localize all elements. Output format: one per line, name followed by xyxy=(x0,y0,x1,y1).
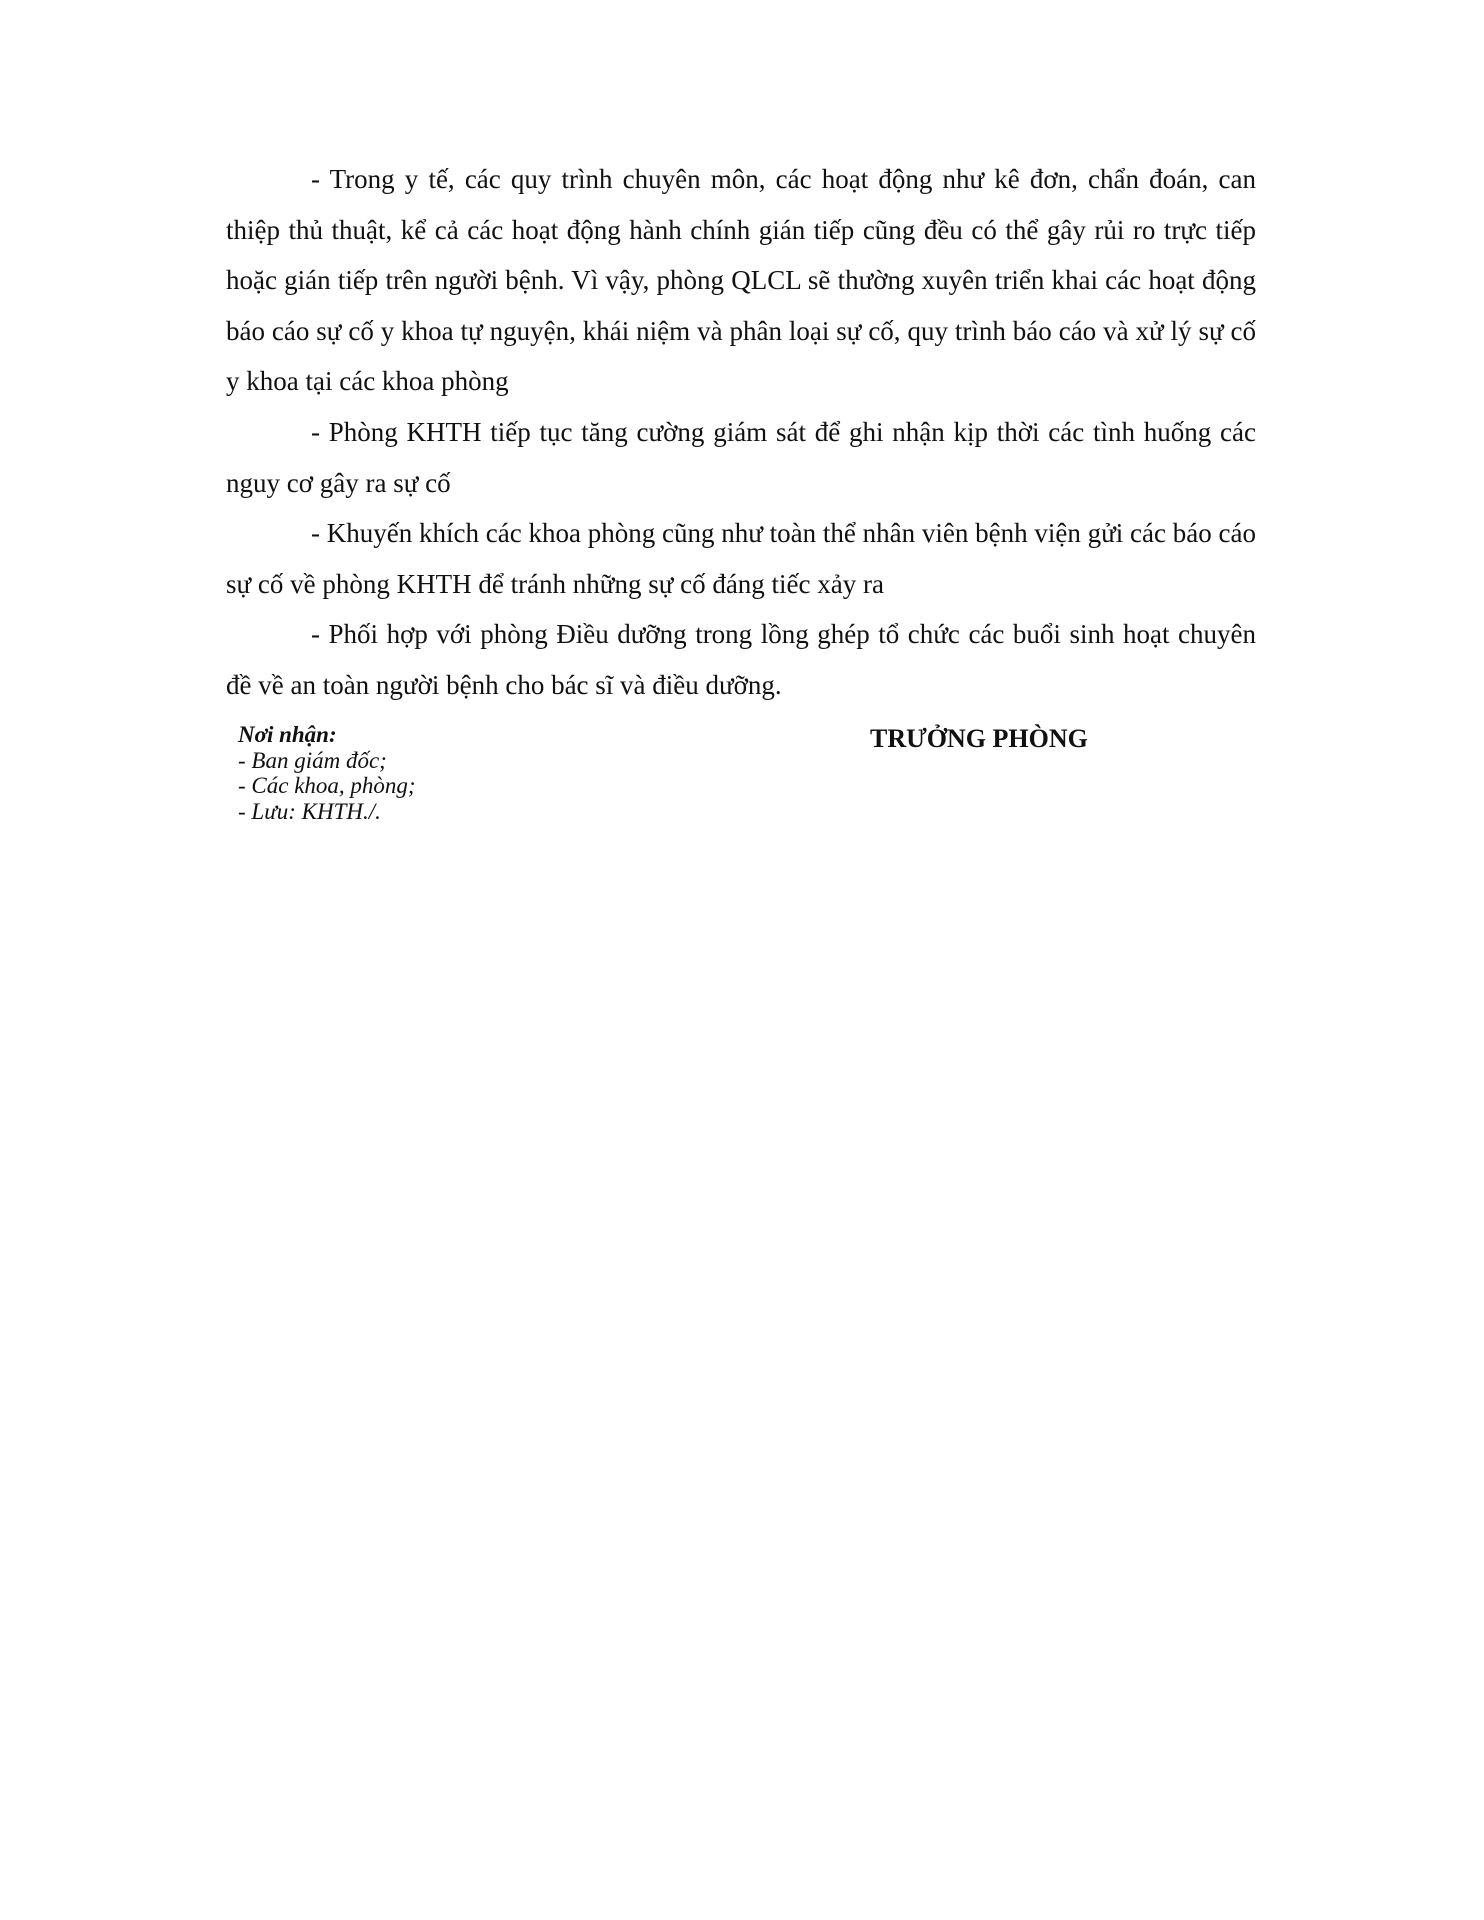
paragraph-encourage-reporting: - Khuyến khích các khoa phòng cũng như t… xyxy=(226,508,1256,609)
paragraph-monitoring: - Phòng KHTH tiếp tục tăng cường giám sá… xyxy=(226,407,1256,508)
recipient-item: - Các khoa, phòng; xyxy=(238,773,416,799)
recipient-item: - Ban giám đốc; xyxy=(238,748,416,774)
body-text: - Trong y tế, các quy trình chuyên môn, … xyxy=(226,154,1256,711)
recipients-block: Nơi nhận: - Ban giám đốc; - Các khoa, ph… xyxy=(238,722,416,824)
document-page: - Trong y tế, các quy trình chuyên môn, … xyxy=(0,0,1484,1920)
signature-title: TRƯỞNG PHÒNG xyxy=(870,724,1088,754)
recipient-item: - Lưu: KHTH./. xyxy=(238,799,416,825)
paragraph-risk-reporting: - Trong y tế, các quy trình chuyên môn, … xyxy=(226,154,1256,407)
recipients-heading: Nơi nhận: xyxy=(238,722,416,748)
paragraph-coordination: - Phối hợp với phòng Điều dưỡng trong lồ… xyxy=(226,609,1256,710)
